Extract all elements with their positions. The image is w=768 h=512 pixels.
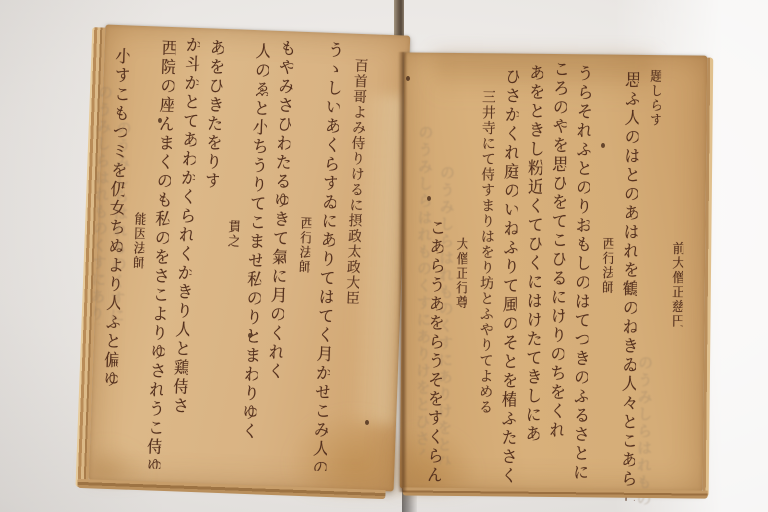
left-page: 百首哥よみ侍りけるに摂政太政大臣うゝしいあくらすゐにありてはてく月かせこみ人の雨… bbox=[89, 25, 411, 492]
right-page: 題しらす前大僧正慈円思ふ人のはとのあはれを鶴のねきゐ人々とこあらしの風西行法師う… bbox=[400, 52, 708, 491]
poet-name-column: 能因法師 bbox=[130, 212, 146, 270]
ink-speck bbox=[601, 143, 605, 148]
ink-speck bbox=[427, 196, 431, 201]
poem-column: あをときし粉近くてひくにはけたてきしにあ bbox=[522, 64, 543, 444]
right-page-text bbox=[404, 52, 707, 55]
ink-speck bbox=[365, 420, 369, 425]
poet-name-column: 西行法師 bbox=[599, 236, 613, 294]
stain bbox=[89, 410, 182, 483]
poet-name-column: 前大僧正慈円 bbox=[669, 241, 683, 328]
stain bbox=[394, 392, 515, 493]
kotobagaki-column: 題しらす bbox=[647, 69, 661, 127]
ink-speck bbox=[158, 118, 162, 123]
bleed-through-ghost-text: のうみしらはれものくすにありけをとひさくもよの bbox=[636, 355, 653, 505]
ink-speck bbox=[406, 76, 410, 81]
poem-column: 人のゑと小ちうりてこませ私のりとまわりゆく bbox=[238, 42, 270, 441]
bleed-through-ghost-text: のうみしらはれものくすにありけをとひさくもよの bbox=[436, 165, 454, 465]
poem-column: あをひきたをりす bbox=[201, 38, 224, 191]
book-gutter bbox=[398, 52, 407, 492]
poem-column: ひさかくれ庭のいねふりて風のそとを椿ふたさく bbox=[498, 67, 519, 485]
left-page-text bbox=[105, 25, 410, 36]
poem-column: もやみさひわたるゆきて氣に月のくれく bbox=[265, 39, 295, 381]
poet-name-column: 西行法師 bbox=[296, 216, 312, 274]
manuscript-photo: 百首哥よみ侍りけるに摂政太政大臣うゝしいあくらすゐにありてはてく月かせこみ人の雨… bbox=[0, 0, 768, 512]
poem-column: うゝしいあくらすゐにありてはてく月かせこみ人の雨気 bbox=[309, 41, 342, 471]
poet-name-column: 大僧正行尊 bbox=[453, 237, 467, 310]
ink-speck bbox=[248, 333, 252, 338]
poet-name-column: 貫之 bbox=[225, 219, 240, 248]
poem-column: うらそれふとのりおもしのはてつきのふるさとに bbox=[570, 64, 591, 482]
poem-column: ころのやを思ひをてこひるにけりのちをくれ bbox=[546, 60, 567, 440]
kotobagaki-column: 三井寺にて侍すまりはをり坊とふやりてよめる bbox=[477, 89, 495, 415]
kotobagaki-column: 百首哥よみ侍りけるに摂政太政大臣 bbox=[344, 58, 368, 306]
